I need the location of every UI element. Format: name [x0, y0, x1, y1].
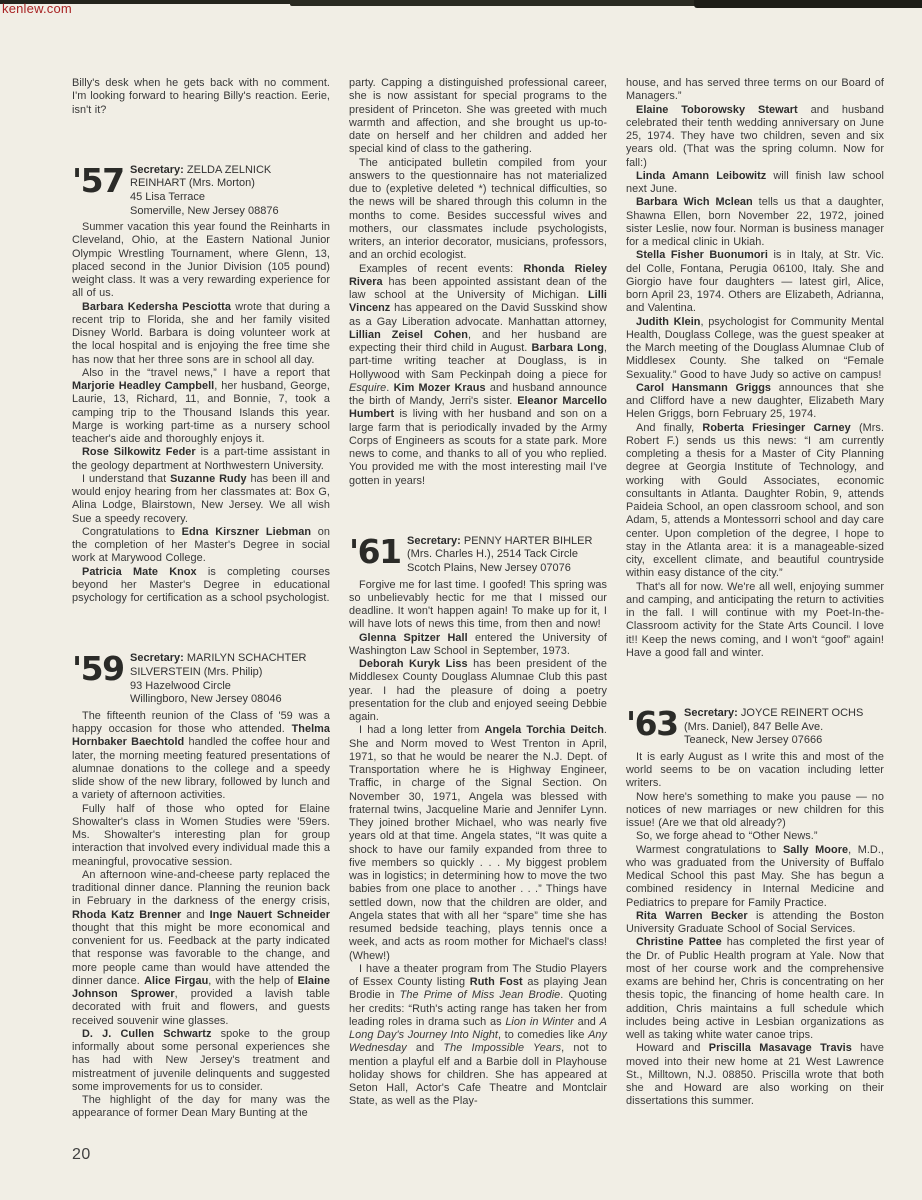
publication-title: The Impossible Years [443, 1042, 561, 1054]
classmate-name: Stella Fisher Buonumori [636, 249, 768, 261]
class-year: '63 [626, 706, 684, 748]
text-run: REINHART (Mrs. Morton) [130, 177, 255, 189]
text-run: ZELDA ZELNICK [184, 164, 271, 176]
text-run: has completed the first year of the Dr. … [626, 936, 884, 1041]
secretary-line: 45 Lisa Terrace [130, 191, 279, 205]
classmate-name: Edna Kirszner Liebman [182, 526, 311, 538]
paragraph: Forgive me for last time. I goofed! This… [349, 579, 607, 632]
paragraph: party. Capping a distinguished professio… [349, 77, 607, 157]
classmate-name: Judith Klein [636, 316, 700, 328]
text-run: Somerville, New Jersey 08876 [130, 205, 279, 217]
classmate-name: Marjorie Headley Campbell [72, 380, 214, 392]
paragraph: That's all for now. We're all well, enjo… [626, 581, 884, 661]
classmate-name: Angela Torchia Deitch [485, 724, 604, 736]
scan-edge-top-right [694, 0, 922, 8]
text-run: Scotch Plains, New Jersey 07076 [407, 562, 571, 574]
paragraph: Patricia Mate Knox is completing courses… [72, 566, 330, 606]
secretary-line: Secretary: MARILYN SCHACHTER [130, 652, 306, 666]
secretary-line: Secretary: PENNY HARTER BIHLER [407, 535, 592, 549]
paragraph: Elaine Toborowsky Stewart and husband ce… [626, 104, 884, 170]
text-run: I had a long letter from [359, 724, 485, 736]
classmate-name: Deborah Kuryk Liss [359, 658, 468, 670]
paragraph: Rita Warren Becker is attending the Bost… [626, 910, 884, 937]
text-run: has been appointed assistant dean of the… [349, 276, 607, 301]
secretary-line: Somerville, New Jersey 08876 [130, 205, 279, 219]
text-run: (Mrs. Robert F.) sends us this news: “I … [626, 422, 884, 580]
classmate-name: Barbara Long [531, 342, 603, 354]
text-run: An afternoon wine-and-cheese party repla… [72, 869, 330, 908]
text-run: , to comedies like [498, 1029, 588, 1041]
paragraph: And finally, Roberta Friesinger Carney (… [626, 422, 884, 581]
text-run: PENNY HARTER BIHLER [461, 535, 593, 547]
text-run: I understand that [82, 473, 170, 485]
text-run: Also in the “travel news,” I have a repo… [82, 367, 330, 379]
text-run: The anticipated bulletin compiled from y… [349, 157, 607, 262]
classmate-name: Lillian Zeisel Cohen [349, 329, 468, 341]
secretary-line: (Mrs. Daniel), 847 Belle Ave. [684, 721, 863, 735]
page-columns: Billy's desk when he gets back with no c… [72, 77, 884, 1121]
classmate-name: Linda Amann Leibowitz [636, 170, 766, 182]
secretary-line: REINHART (Mrs. Morton) [130, 177, 279, 191]
paragraph: Howard and Priscilla Masavage Travis hav… [626, 1042, 884, 1108]
paragraph: Glenna Spitzer Hall entered the Universi… [349, 632, 607, 659]
classmate-name: Elaine Toborowsky Stewart [636, 104, 798, 116]
classmate-name: Carol Hansmann Griggs [636, 382, 771, 394]
classmate-name: Secretary: [130, 164, 184, 176]
secretary-line: Scotch Plains, New Jersey 07076 [407, 562, 592, 576]
text-run: So, we forge ahead to “Other News.” [636, 830, 818, 842]
text-run: 93 Hazelwood Circle [130, 680, 231, 692]
paragraph: Deborah Kuryk Liss has been president of… [349, 658, 607, 724]
paragraph: Barbara Wich Mclean tells us that a daug… [626, 196, 884, 249]
classmate-name: Glenna Spitzer Hall [359, 632, 468, 644]
text-run: 45 Lisa Terrace [130, 191, 205, 203]
column-middle: party. Capping a distinguished professio… [349, 77, 607, 1121]
classmate-name: Barbara Kedersha Pesciotta [82, 301, 231, 313]
paragraph: The fifteenth reunion of the Class of '5… [72, 710, 330, 803]
classmate-name: Sally Moore [783, 844, 848, 856]
publication-title: The Prime of Miss Jean Brodie [400, 989, 561, 1001]
paragraph: The anticipated bulletin compiled from y… [349, 157, 607, 263]
secretary-address-block: Secretary: MARILYN SCHACHTERSILVERSTEIN … [130, 651, 306, 706]
publication-title: Lion in Winter [505, 1016, 574, 1028]
paragraph: Billy's desk when he gets back with no c… [72, 77, 330, 117]
text-run: , with the help of [208, 975, 297, 987]
paragraph: Examples of recent events: Rhonda Rieley… [349, 263, 607, 488]
text-run: That's all for now. We're all well, enjo… [626, 581, 884, 659]
paragraph: Fully half of those who opted for Elaine… [72, 803, 330, 869]
paragraph: Congratulations to Edna Kirszner Liebman… [72, 526, 330, 566]
class-year: '59 [72, 651, 130, 706]
paragraph: The highlight of the day for many was th… [72, 1094, 330, 1121]
classmate-name: Kim Mozer Kraus [394, 382, 486, 394]
classmate-name: Priscilla Masavage Travis [709, 1042, 852, 1054]
classmate-name: Secretary: [130, 652, 184, 664]
text-run: It is early August as I write this and m… [626, 751, 884, 790]
paragraph: Stella Fisher Buonumori is in Italy, at … [626, 249, 884, 315]
text-run: (Mrs. Charles H.), 2514 Tack Circle [407, 548, 578, 560]
section-header-57: '57Secretary: ZELDA ZELNICKREINHART (Mrs… [72, 163, 330, 218]
text-run: (Mrs. Daniel), 847 Belle Ave. [684, 721, 823, 733]
classmate-name: Christine Pattee [636, 936, 722, 948]
section-header-59: '59Secretary: MARILYN SCHACHTERSILVERSTE… [72, 651, 330, 706]
text-run: And finally, [636, 422, 702, 434]
text-run: Fully half of those who opted for Elaine… [72, 803, 330, 868]
text-run: . She and Norm moved to West Trenton in … [349, 724, 607, 961]
publication-title: Esquire [349, 382, 386, 394]
paragraph: Summer vacation this year found the Rein… [72, 221, 330, 301]
paragraph: I have a theater program from The Studio… [349, 963, 607, 1109]
scan-edge-top-middle [290, 0, 710, 6]
text-run: Willingboro, New Jersey 08046 [130, 693, 282, 705]
paragraph: Also in the “travel news,” I have a repo… [72, 367, 330, 447]
text-run: and [574, 1016, 600, 1028]
paragraph: I understand that Suzanne Rudy has been … [72, 473, 330, 526]
secretary-line: Secretary: JOYCE REINERT OCHS [684, 707, 863, 721]
secretary-address-block: Secretary: PENNY HARTER BIHLER(Mrs. Char… [407, 534, 592, 576]
secretary-line: Teaneck, New Jersey 07666 [684, 734, 863, 748]
text-run: party. Capping a distinguished professio… [349, 77, 607, 155]
secretary-line: SILVERSTEIN (Mrs. Philip) [130, 666, 306, 680]
page-number: 20 [72, 1146, 91, 1164]
text-run: and [181, 909, 209, 921]
text-run: MARILYN SCHACHTER [184, 652, 307, 664]
classmate-name: Rita Warren Becker [636, 910, 748, 922]
classmate-name: Patricia Mate Knox [82, 566, 197, 578]
secretary-address-block: Secretary: JOYCE REINERT OCHS(Mrs. Danie… [684, 706, 863, 748]
paragraph: I had a long letter from Angela Torchia … [349, 724, 607, 963]
paragraph: An afternoon wine-and-cheese party repla… [72, 869, 330, 1028]
secretary-address-block: Secretary: ZELDA ZELNICKREINHART (Mrs. M… [130, 163, 279, 218]
classmate-name: Barbara Wich Mclean [636, 196, 753, 208]
paragraph: Christine Pattee has completed the first… [626, 936, 884, 1042]
classmate-name: Rhoda Katz Brenner [72, 909, 181, 921]
text-run: . [386, 382, 393, 394]
text-run: Teaneck, New Jersey 07666 [684, 734, 822, 746]
classmate-name: D. J. Cullen Schwartz [82, 1028, 211, 1040]
text-run: JOYCE REINERT OCHS [738, 707, 864, 719]
classmate-name: Roberta Friesinger Carney [702, 422, 850, 434]
text-run: The highlight of the day for many was th… [72, 1094, 330, 1119]
classmate-name: Suzanne Rudy [170, 473, 246, 485]
column-left: Billy's desk when he gets back with no c… [72, 77, 330, 1121]
paragraph: It is early August as I write this and m… [626, 751, 884, 791]
secretary-line: Willingboro, New Jersey 08046 [130, 693, 306, 707]
secretary-line: Secretary: ZELDA ZELNICK [130, 164, 279, 178]
section-header-63: '63Secretary: JOYCE REINERT OCHS(Mrs. Da… [626, 706, 884, 748]
column-right: house, and has served three terms on our… [626, 77, 884, 1121]
paragraph: Now here's something to make you pause —… [626, 791, 884, 831]
paragraph: Warmest congratulations to Sally Moore, … [626, 844, 884, 910]
paragraph: Barbara Kedersha Pesciotta wrote that du… [72, 301, 330, 367]
text-run: and [407, 1042, 444, 1054]
paragraph: Linda Amann Leibowitz will finish law sc… [626, 170, 884, 197]
paragraph: Rose Silkowitz Feder is a part-time assi… [72, 446, 330, 473]
text-run: house, and has served three terms on our… [626, 77, 884, 102]
paragraph: Carol Hansmann Griggs announces that she… [626, 382, 884, 422]
text-run: Howard and [636, 1042, 709, 1054]
classmate-name: Secretary: [407, 535, 461, 547]
text-run: Congratulations to [82, 526, 182, 538]
text-run: Billy's desk when he gets back with no c… [72, 77, 330, 116]
text-run: Summer vacation this year found the Rein… [72, 221, 330, 299]
text-run: Examples of recent events: [359, 263, 524, 275]
paragraph: Judith Klein, psychologist for Community… [626, 316, 884, 382]
watermark: kenlew.com [2, 1, 72, 16]
secretary-line: 93 Hazelwood Circle [130, 680, 306, 694]
classmate-name: Inge Nauert Schneider [210, 909, 330, 921]
classmate-name: Ruth Fost [470, 976, 523, 988]
section-header-61: '61Secretary: PENNY HARTER BIHLER(Mrs. C… [349, 534, 607, 576]
classmate-name: Alice Firgau [144, 975, 208, 987]
paragraph: D. J. Cullen Schwartz spoke to the group… [72, 1028, 330, 1094]
text-run: Now here's something to make you pause —… [626, 791, 884, 830]
paragraph: So, we forge ahead to “Other News.” [626, 830, 884, 843]
classmate-name: Rose Silkowitz Feder [82, 446, 196, 458]
class-year: '57 [72, 163, 130, 218]
classmate-name: Secretary: [684, 707, 738, 719]
class-year: '61 [349, 534, 407, 576]
text-run: SILVERSTEIN (Mrs. Philip) [130, 666, 262, 678]
secretary-line: (Mrs. Charles H.), 2514 Tack Circle [407, 548, 592, 562]
text-run: Forgive me for last time. I goofed! This… [349, 579, 607, 631]
paragraph: house, and has served three terms on our… [626, 77, 884, 104]
text-run: Warmest congratulations to [636, 844, 783, 856]
